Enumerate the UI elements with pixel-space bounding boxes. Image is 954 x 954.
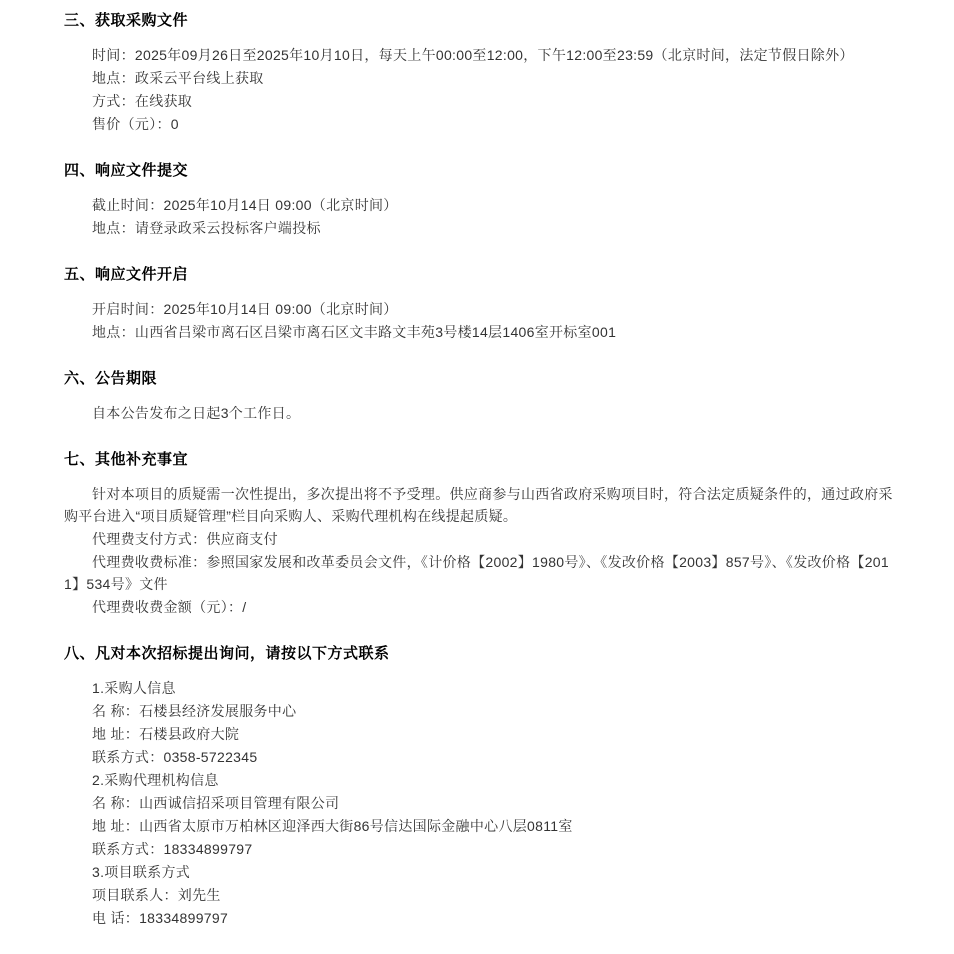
agency-info-label: 2.采购代理机构信息 [64,769,896,791]
section-heading: 七、其他补充事宜 [64,451,896,468]
section-obtain-procurement-documents: 三、获取采购文件 时间：2025年09月26日至2025年10月10日，每天上午… [64,12,896,135]
section-heading: 六、公告期限 [64,370,896,387]
section-announcement-period: 六、公告期限 自本公告发布之日起3个工作日。 [64,370,896,424]
announcement-period-line: 自本公告发布之日起3个工作日。 [64,402,896,424]
project-contact-label: 3.项目联系方式 [64,861,896,883]
opening-time-line: 开启时间：2025年10月14日 09:00（北京时间） [64,298,896,320]
agency-name-line: 名 称：山西诚信招采项目管理有限公司 [64,792,896,814]
agency-fee-payment-method-line: 代理费支付方式：供应商支付 [64,528,896,550]
procurement-announcement-document: 三、获取采购文件 时间：2025年09月26日至2025年10月10日，每天上午… [64,12,896,929]
purchaser-contact-line: 联系方式：0358-5722345 [64,746,896,768]
submission-location-line: 地点：请登录政采云投标客户端投标 [64,217,896,239]
agency-address-line: 地 址：山西省太原市万柏林区迎泽西大街86号信达国际金融中心八层0811室 [64,815,896,837]
section-heading: 八、凡对本次招标提出询问，请按以下方式联系 [64,645,896,662]
section-response-document-opening: 五、响应文件开启 开启时间：2025年10月14日 09:00（北京时间） 地点… [64,266,896,343]
project-contact-person-line: 项目联系人：刘先生 [64,884,896,906]
section-response-document-submission: 四、响应文件提交 截止时间：2025年10月14日 09:00（北京时间） 地点… [64,162,896,239]
section-other-supplementary-matters: 七、其他补充事宜 针对本项目的质疑需一次性提出，多次提出将不予受理。供应商参与山… [64,451,896,618]
purchaser-address-line: 地 址：石楼县政府大院 [64,723,896,745]
obtain-time-line: 时间：2025年09月26日至2025年10月10日，每天上午00:00至12:… [64,44,896,66]
section-heading: 三、获取采购文件 [64,12,896,29]
submission-deadline-line: 截止时间：2025年10月14日 09:00（北京时间） [64,194,896,216]
purchaser-name-line: 名 称：石楼县经济发展服务中心 [64,700,896,722]
obtain-method-line: 方式：在线获取 [64,90,896,112]
agency-contact-line: 联系方式：18334899797 [64,838,896,860]
section-contact-information: 八、凡对本次招标提出询问，请按以下方式联系 1.采购人信息 名 称：石楼县经济发… [64,645,896,929]
section-heading: 四、响应文件提交 [64,162,896,179]
purchaser-info-label: 1.采购人信息 [64,677,896,699]
agency-fee-amount-line: 代理费收费金额（元）：/ [64,596,896,618]
opening-location-line: 地点：山西省吕梁市离石区吕梁市离石区文丰路文丰苑3号楼14层1406室开标室00… [64,321,896,343]
section-heading: 五、响应文件开启 [64,266,896,283]
agency-fee-standard-line: 代理费收费标准：参照国家发展和改革委员会文件，《计价格【2002】1980号》、… [64,551,896,595]
obtain-price-line: 售价（元）：0 [64,113,896,135]
obtain-location-line: 地点：政采云平台线上获取 [64,67,896,89]
inquiry-policy-paragraph: 针对本项目的质疑需一次性提出，多次提出将不予受理。供应商参与山西省政府采购项目时… [64,483,896,527]
project-phone-line: 电 话：18334899797 [64,907,896,929]
